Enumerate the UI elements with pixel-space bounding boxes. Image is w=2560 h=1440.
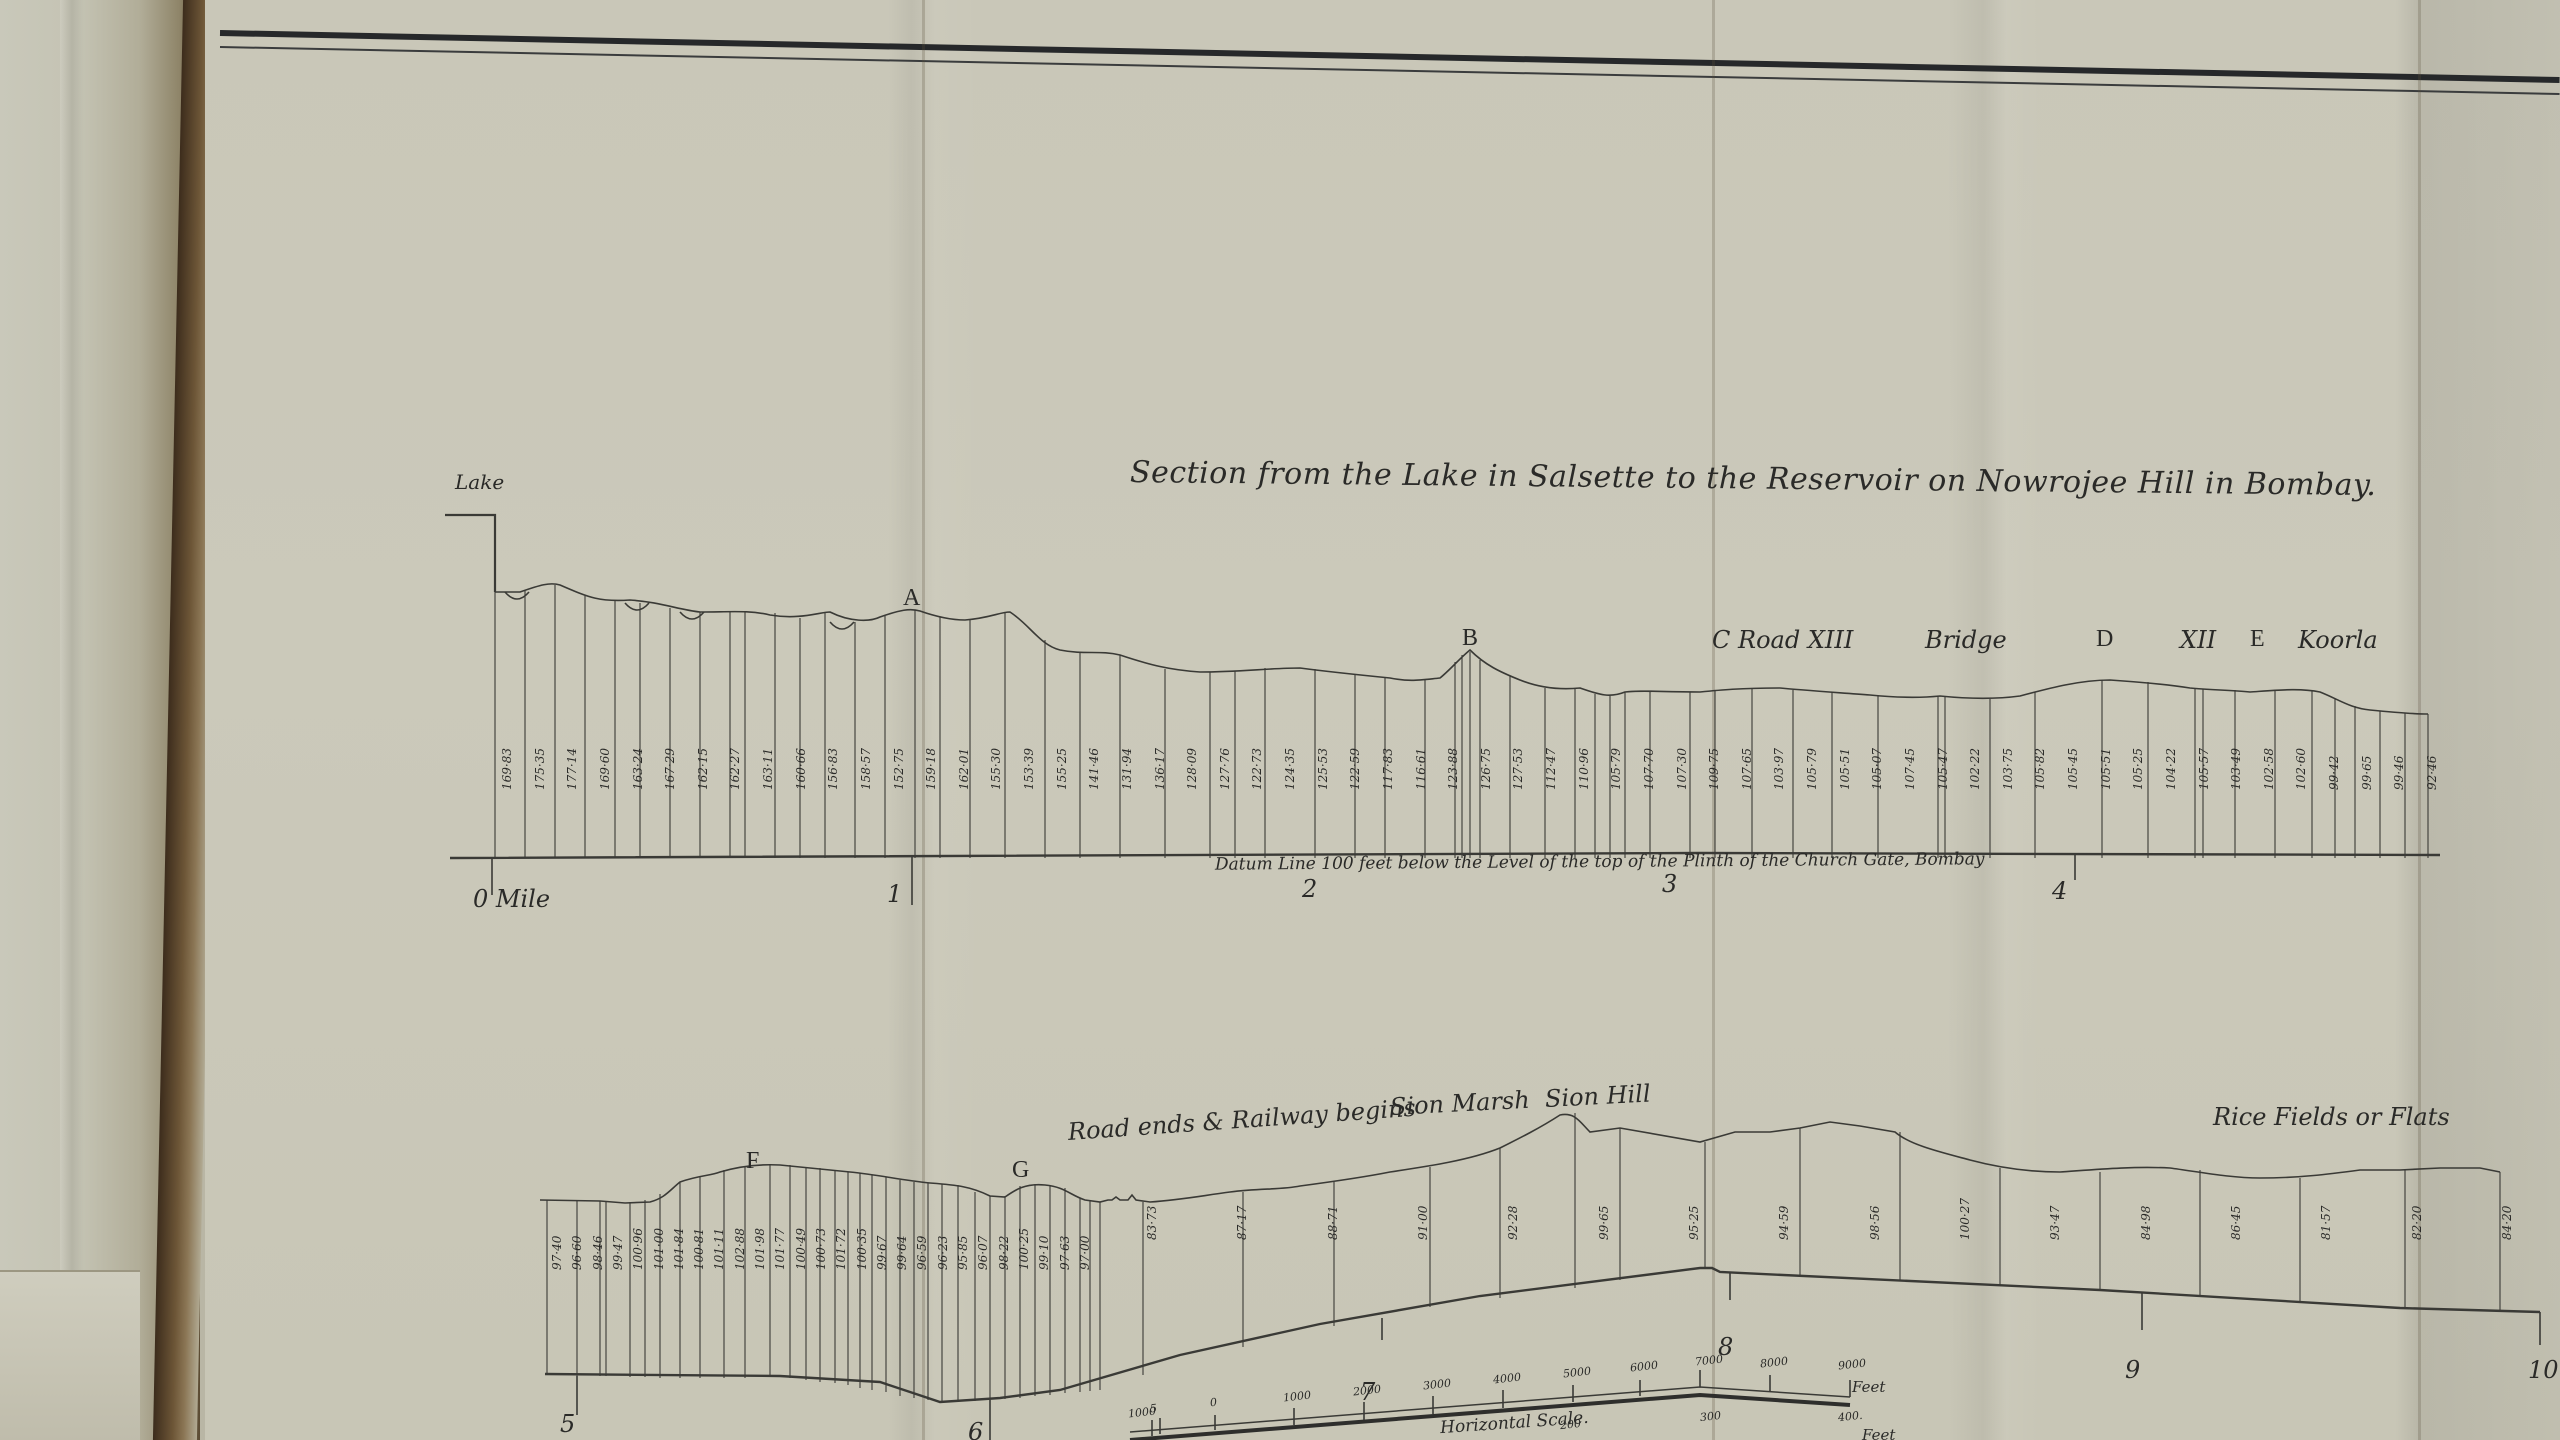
- elevation-value: 163·24: [631, 748, 645, 790]
- elevation-value: 101·77: [773, 1228, 787, 1270]
- elevation-value: 105·25: [2131, 748, 2145, 790]
- lower-ground-profile: [540, 1114, 2500, 1203]
- elevation-value: 81·57: [2319, 1206, 2333, 1240]
- elevation-value: 152·75: [892, 748, 906, 790]
- mile-label-3: 3: [1662, 870, 1677, 898]
- elevation-value: 127·76: [1218, 748, 1232, 790]
- elevation-value: 99·10: [1037, 1236, 1051, 1270]
- elevation-value: 107·30: [1675, 748, 1689, 790]
- scale-tick-label: 0: [1209, 1396, 1217, 1410]
- elevation-value: 98·46: [591, 1236, 605, 1270]
- vertical-scale-tick-label: 200: [1559, 1417, 1581, 1432]
- lower-datum-line: [545, 1268, 2540, 1402]
- sion-hill-label: Sion Hill: [1544, 1079, 1651, 1112]
- elevation-value: 100·81: [692, 1228, 706, 1270]
- elevation-value: 100·73: [814, 1228, 828, 1270]
- road-xii-label: XII: [2180, 626, 2216, 654]
- elevation-value: 92·28: [1506, 1206, 1520, 1240]
- elevation-value: 107·65: [1740, 748, 1754, 790]
- elevation-value: 101·11: [712, 1228, 726, 1270]
- rice-fields-label: Rice Fields or Flats: [2213, 1103, 2450, 1131]
- vertical-scale-tick-label: 300: [1699, 1409, 1721, 1424]
- elevation-value: 100·27: [1958, 1198, 1972, 1240]
- elevation-value: 101·84: [672, 1228, 686, 1270]
- elevation-value: 99·42: [2327, 756, 2341, 790]
- scale-vertical-unit: Feet: [1862, 1426, 1895, 1440]
- elevation-value: 162·01: [957, 748, 971, 790]
- elevation-value: 102·88: [733, 1228, 747, 1270]
- elevation-value: 167·29: [663, 748, 677, 790]
- elevation-value: 112·47: [1544, 748, 1558, 790]
- elevation-value: 100·96: [631, 1228, 645, 1270]
- elevation-value: 99·67: [875, 1236, 889, 1270]
- elevation-value: 124·35: [1283, 748, 1297, 790]
- mile-label-10: 10: [2528, 1356, 2559, 1384]
- elevation-value: 107·70: [1642, 748, 1656, 790]
- elevation-value: 122·73: [1250, 748, 1264, 790]
- point-label-c-road: C Road XIII: [1712, 626, 1853, 654]
- elevation-value: 105·82: [2033, 748, 2047, 790]
- mile-label-6: 6: [968, 1418, 983, 1440]
- elevation-value: 105·07: [1870, 748, 1884, 790]
- elevation-value: 86·45: [2229, 1206, 2243, 1240]
- point-label-e: E: [2250, 626, 2265, 653]
- elevation-value: 107·45: [1903, 748, 1917, 790]
- elevation-value: 100·35: [855, 1228, 869, 1270]
- mile-label-2: 2: [1302, 875, 1317, 903]
- mile-label-5: 5: [560, 1410, 575, 1438]
- section-drawing: [0, 0, 2560, 1440]
- elevation-value: 162·15: [696, 748, 710, 790]
- elevation-value: 105·45: [2066, 748, 2080, 790]
- elevation-value: 105·79: [1805, 748, 1819, 790]
- vertical-scale-tick-label: 400.: [1837, 1409, 1863, 1424]
- point-label-g: G: [1012, 1157, 1029, 1184]
- elevation-value: 95·85: [956, 1236, 970, 1270]
- elevation-value: 105·79: [1609, 748, 1623, 790]
- elevation-value: 160·66: [794, 748, 808, 790]
- elevation-value: 122·59: [1348, 748, 1362, 790]
- scale-unit-feet: Feet: [1852, 1378, 1885, 1396]
- elevation-value: 127·53: [1511, 748, 1525, 790]
- elevation-value: 88·71: [1326, 1206, 1340, 1240]
- point-label-b: B: [1462, 625, 1478, 652]
- bridge-label: Bridge: [1925, 626, 2007, 654]
- elevation-value: 136·17: [1153, 748, 1167, 790]
- elevation-value: 97·00: [1078, 1236, 1092, 1270]
- elevation-value: 96·07: [976, 1236, 990, 1270]
- elevation-value: 104·22: [2164, 748, 2178, 790]
- elevation-value: 159·18: [924, 748, 938, 790]
- elevation-value: 117·83: [1381, 748, 1395, 790]
- elevation-value: 162·27: [728, 748, 742, 790]
- elevation-value: 105·51: [1838, 748, 1852, 790]
- elevation-value: 102·60: [2294, 748, 2308, 790]
- elevation-value: 96·59: [915, 1236, 929, 1270]
- elevation-value: 103·97: [1772, 748, 1786, 790]
- elevation-value: 100·25: [1017, 1228, 1031, 1270]
- elevation-value: 101·98: [753, 1228, 767, 1270]
- elevation-value: 105·51: [2099, 748, 2113, 790]
- elevation-value: 83·73: [1145, 1206, 1159, 1240]
- elevation-value: 94·59: [1777, 1206, 1791, 1240]
- lake-outlet-line: [445, 515, 495, 592]
- mile-label-9: 9: [2125, 1356, 2140, 1384]
- cutting-mark-4: [830, 622, 854, 629]
- elevation-value: 99·47: [611, 1236, 625, 1270]
- elevation-value: 116·61: [1414, 748, 1428, 790]
- elevation-value: 177·14: [565, 748, 579, 790]
- elevation-value: 102·22: [1968, 748, 1982, 790]
- elevation-value: 105·47: [1936, 748, 1950, 790]
- elevation-value: 84·98: [2139, 1206, 2153, 1240]
- elevation-value: 175·35: [533, 748, 547, 790]
- elevation-value: 131·94: [1120, 748, 1134, 790]
- elevation-value: 101·72: [834, 1228, 848, 1270]
- koorla-label: Koorla: [2298, 626, 2378, 654]
- elevation-value: 99·64: [895, 1236, 909, 1270]
- elevation-value: 109·75: [1707, 748, 1721, 790]
- elevation-value: 125·53: [1316, 748, 1330, 790]
- point-label-d: D: [2096, 626, 2113, 653]
- elevation-value: 98·22: [997, 1236, 1011, 1270]
- elevation-value: 158·57: [859, 748, 873, 790]
- elevation-value: 96·60: [570, 1236, 584, 1270]
- elevation-value: 155·30: [989, 748, 1003, 790]
- elevation-value: 153·39: [1022, 748, 1036, 790]
- point-label-f: F: [746, 1148, 759, 1175]
- elevation-value: 156·83: [826, 748, 840, 790]
- scale-tick-label: 5: [1149, 1402, 1157, 1416]
- elevation-value: 95·25: [1687, 1206, 1701, 1240]
- point-label-a: A: [903, 585, 920, 612]
- lake-label: Lake: [455, 470, 504, 494]
- mile-label-1: 1: [887, 880, 902, 908]
- elevation-value: 96·23: [936, 1236, 950, 1270]
- elevation-value: 102·58: [2262, 748, 2276, 790]
- mile-label-4: 4: [2052, 877, 2067, 905]
- elevation-value: 110·96: [1577, 748, 1591, 790]
- elevation-value: 101·00: [652, 1228, 666, 1270]
- elevation-value: 105·57: [2197, 748, 2211, 790]
- elevation-value: 169·60: [598, 748, 612, 790]
- elevation-value: 92·46: [2425, 756, 2439, 790]
- elevation-value: 97·40: [550, 1236, 564, 1270]
- elevation-value: 87·17: [1235, 1206, 1249, 1240]
- elevation-value: 82·20: [2410, 1206, 2424, 1240]
- elevation-value: 141·46: [1087, 748, 1101, 790]
- elevation-value: 103·75: [2001, 748, 2015, 790]
- elevation-value: 97·63: [1058, 1236, 1072, 1270]
- elevation-value: 123·88: [1446, 748, 1460, 790]
- elevation-value: 84·20: [2500, 1206, 2514, 1240]
- elevation-value: 93·47: [2048, 1206, 2062, 1240]
- elevation-value: 128·09: [1185, 748, 1199, 790]
- elevation-value: 163·11: [761, 748, 775, 790]
- elevation-value: 126·75: [1479, 748, 1493, 790]
- elevation-value: 99·65: [1597, 1206, 1611, 1240]
- elevation-value: 91·00: [1416, 1206, 1430, 1240]
- elevation-value: 155·25: [1055, 748, 1069, 790]
- elevation-value: 99·65: [2360, 756, 2374, 790]
- elevation-value: 100·49: [794, 1228, 808, 1270]
- mile-label-0: 0 Mile: [473, 885, 550, 913]
- elevation-value: 169·83: [500, 748, 514, 790]
- elevation-value: 98·56: [1868, 1206, 1882, 1240]
- elevation-value: 103·49: [2229, 748, 2243, 790]
- cutting-mark-2: [625, 603, 649, 610]
- elevation-value: 99·46: [2392, 756, 2406, 790]
